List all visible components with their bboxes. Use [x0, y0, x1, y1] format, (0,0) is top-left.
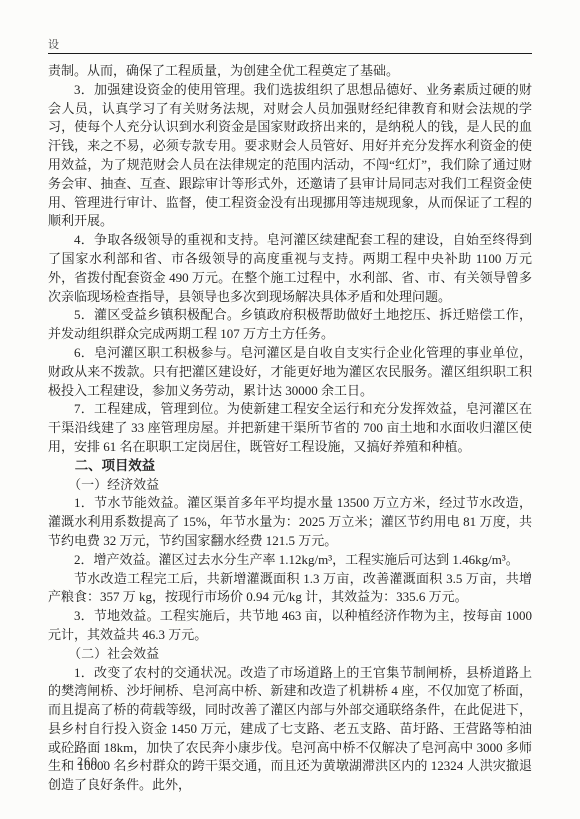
paragraph-item-3: 3．加强建设资金的使用管理。我们选拔组织了思想品德好、业务素质过硬的财会人员，认…: [48, 81, 532, 231]
paragraph-continuation: 责制。从而，确保了工程质量，为创建全优工程奠定了基础。: [48, 62, 532, 81]
paragraph-water-saving: 1．节水节能效益。灌区渠首多年平均提水量 13500 万立方米，经过节水改造，灌…: [48, 494, 532, 550]
subsection-heading-economic-benefits: （一）经济效益: [48, 476, 532, 495]
running-header: 设: [48, 36, 60, 52]
paragraph-land-saving: 3．节地效益。工程实施后，共节地 463 亩，以种植经济作物为主，按每亩 100…: [48, 607, 532, 645]
page-number: · 260 ·: [68, 754, 107, 769]
section-heading-project-benefits: 二、项目效益: [48, 457, 532, 476]
paragraph-item-7: 7．工程建成，管理到位。为使新建工程安全运行和充分发挥效益，皂河灌区在干渠沿线建…: [48, 400, 532, 456]
paragraph-yield-details: 节水改造工程完工后，共新增灌溉面积 1.3 万亩，改善灌溉面积 3.5 万亩，共…: [48, 570, 532, 608]
paragraph-item-5: 5．灌区受益乡镇积极配合。乡镇政府积极帮助做好土地挖压、拆迁赔偿工作，并发动组织…: [48, 306, 532, 344]
header-rule: [48, 53, 532, 54]
paragraph-item-6: 6．皂河灌区职工积极参与。皂河灌区是自收自支实行企业化管理的事业单位，财政从来不…: [48, 344, 532, 400]
paragraph-item-4: 4．争取各级领导的重视和支持。皂河灌区续建配套工程的建设，自始至终得到了国家水利…: [48, 231, 532, 306]
document-page: 设 责制。从而，确保了工程质量，为创建全优工程奠定了基础。 3．加强建设资金的使…: [0, 0, 580, 819]
page-body: 责制。从而，确保了工程质量，为创建全优工程奠定了基础。 3．加强建设资金的使用管…: [48, 62, 532, 795]
paragraph-yield-increase: 2．增产效益。灌区过去水分生产率 1.12kg/m³，工程实施后可达到 1.46…: [48, 551, 532, 570]
subsection-heading-social-benefits: （二）社会效益: [48, 645, 532, 664]
paragraph-rural-transport: 1．改变了农村的交通状况。改造了市场道路上的王官集节制闸桥，县桥道路上的樊湾闸桥…: [48, 664, 532, 796]
